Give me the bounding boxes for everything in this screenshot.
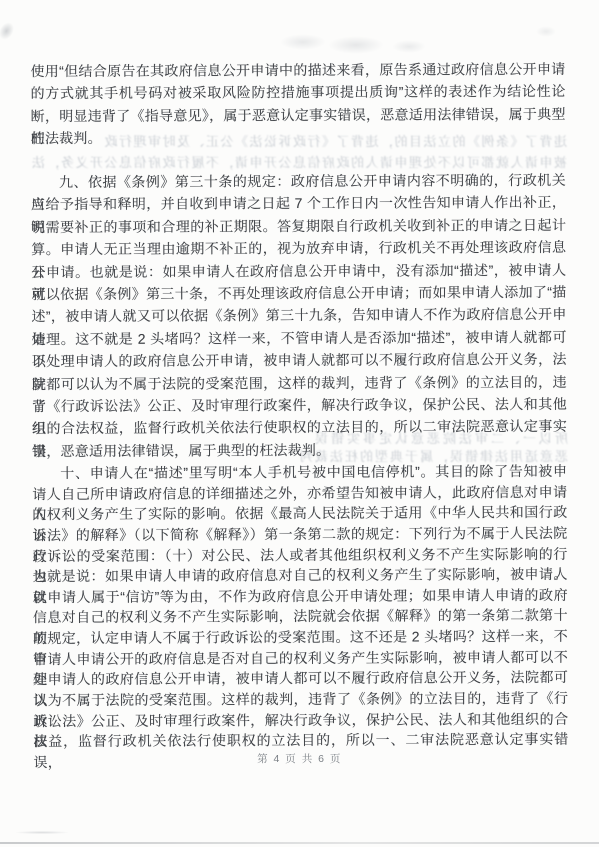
- text-line: 政诉讼的受案范围：（十）对公民、法人或者其他组织权利义务不产生实际影响的行为。: [33, 543, 568, 566]
- text-line: 请人自己所申请政府信息的详细描述之外，亦希望告知被申请人，此政府信息对申请人: [32, 481, 567, 504]
- text-line: 枉法裁判。: [31, 125, 566, 150]
- text-line: 以申请人属于“信访”等为由，不作为政府信息公开申请处理；如果申请人申请的政府: [33, 585, 568, 608]
- scanned-page: 违背了《条例》的立法目的，违背了《行政诉讼法》公正、及时审理行政案件 被申请人就…: [0, 0, 599, 847]
- text-line: 当给予指导和释明，并自收到申请之日起 7 个工作日内一次性告知申请人作出补正，说: [31, 191, 566, 216]
- text-line: 织的合法权益，监督行政机关依法行使职权的立法目的，所以二审法院恶意认定事实错: [32, 415, 567, 440]
- text-line: 九、依据《条例》第三十条的规定：政府信息公开申请内容不明确的，行政机关应: [31, 169, 566, 194]
- text-line: 诉讼法》公正、及时审理行政案件，解决行政争议，保护公民、法人和其他组织的合法: [33, 709, 568, 732]
- text-line: 信息对自己的权利义务不产生实际影响，法院就会依据《解释》的第一条第二款第十项: [33, 605, 568, 628]
- text-line: 权益，监督行政机关依法行使职权的立法目的，所以一、二审法院恶意认定事实错误，: [33, 729, 568, 752]
- text-line: 述”，被申请人就又可以依据《条例》第三十九条，告知申请人不作为政府信息公开申请: [31, 303, 566, 328]
- paragraph: 九、依据《条例》第三十条的规定：政府信息公开申请内容不明确的，行政机关应当给予指…: [31, 169, 567, 462]
- text-line: 使用“但结合原告在其政府信息公开申请中的描述来看，原告系通过政府信息公开申请: [30, 58, 565, 83]
- text-line: 讼法》的解释》（以下简称《解释》）第一条第二款的规定：下列行为不属于人民法院行: [32, 523, 567, 546]
- text-line: 误，恶意适用法律错误，属于典型的枉法裁判。: [32, 438, 567, 463]
- document-body: 使用“但结合原告在其政府信息公开申请中的描述来看，原告系通过政府信息公开申请的方…: [30, 0, 569, 847]
- text-line: 十、申请人在“描述”里写明“本人手机号被中国电信停机”。其目的除了告知被申: [32, 461, 567, 484]
- text-line: 了《行政诉讼法》公正、及时审理行政案件，解决行政争议，保护公民、法人和其他组: [32, 393, 567, 418]
- text-line: 的规定，认定申请人不属于行政诉讼的受案范围。这不还是 2 头堵吗？这样一来，不管: [33, 626, 568, 649]
- paragraph: 十、申请人在“描述”里写明“本人手机号被中国电信停机”。其目的除了告知被申请人自…: [32, 461, 568, 752]
- text-line: 申请人申请公开的政府信息是否对自己的权利义务产生实际影响，被申请人都可以不处: [33, 647, 568, 670]
- text-line: 算。申请人无正当理由逾期不补正的，视为放弃申请，行政机关不再处理该政府信息公: [31, 236, 566, 261]
- paragraph: 使用“但结合原告在其政府信息公开申请中的描述来看，原告系通过政府信息公开申请的方…: [30, 58, 565, 150]
- text-line: 断，明显违背了《指导意见》，属于恶意认定事实错误，恶意适用法律错误，属于典型的: [31, 103, 566, 128]
- text-line: 处理。这不就是 2 头堵吗？这样一来，不管申请人是否添加“描述”，被申请人就都可…: [32, 326, 567, 351]
- text-line: 认为不属于法院的受案范围。这样的裁判，违背了《条例》的立法目的，违背了《行政: [33, 688, 568, 711]
- page-number: 第 4 页 共 6 页: [0, 751, 599, 766]
- text-line: 就都可以认为不属于法院的受案范围，这样的裁判，违背了《条例》的立法目的，违背: [32, 370, 567, 395]
- text-line: 也就是说：如果申请人申请的政府信息对自己的权利义务产生了实际影响，被申请人就: [33, 564, 568, 587]
- scan-corner-mark: [0, 20, 17, 42]
- text-line: 明需要补正的事项和合理的补正期限。答复期限自行政机关收到补正的申请之日起计: [31, 214, 566, 239]
- text-line: 开申请。也就是说：如果申请人在政府信息公开申请中，没有添加“描述”，被申请人就: [31, 258, 566, 283]
- text-line: 理申请人的政府信息公开申请，被申请人都可以不履行政府信息公开义务，法院都可以: [33, 667, 568, 690]
- text-line: 可以依据《条例》第三十条，不再处理该政府信息公开申请；而如果申请人添加了“描: [31, 281, 566, 306]
- text-line: 不处理申请人的政府信息公开申请，被申请人就都可以不履行政府信息公开义务，法院: [32, 348, 567, 373]
- text-line: 的方式就其手机号码对被采取风险防控措施事项提出质询”这样的表述作为结论性论: [31, 80, 566, 105]
- text-line: 的权利义务产生了实际的影响。依据《最高人民法院关于适用《中华人民共和国行政诉: [32, 502, 567, 525]
